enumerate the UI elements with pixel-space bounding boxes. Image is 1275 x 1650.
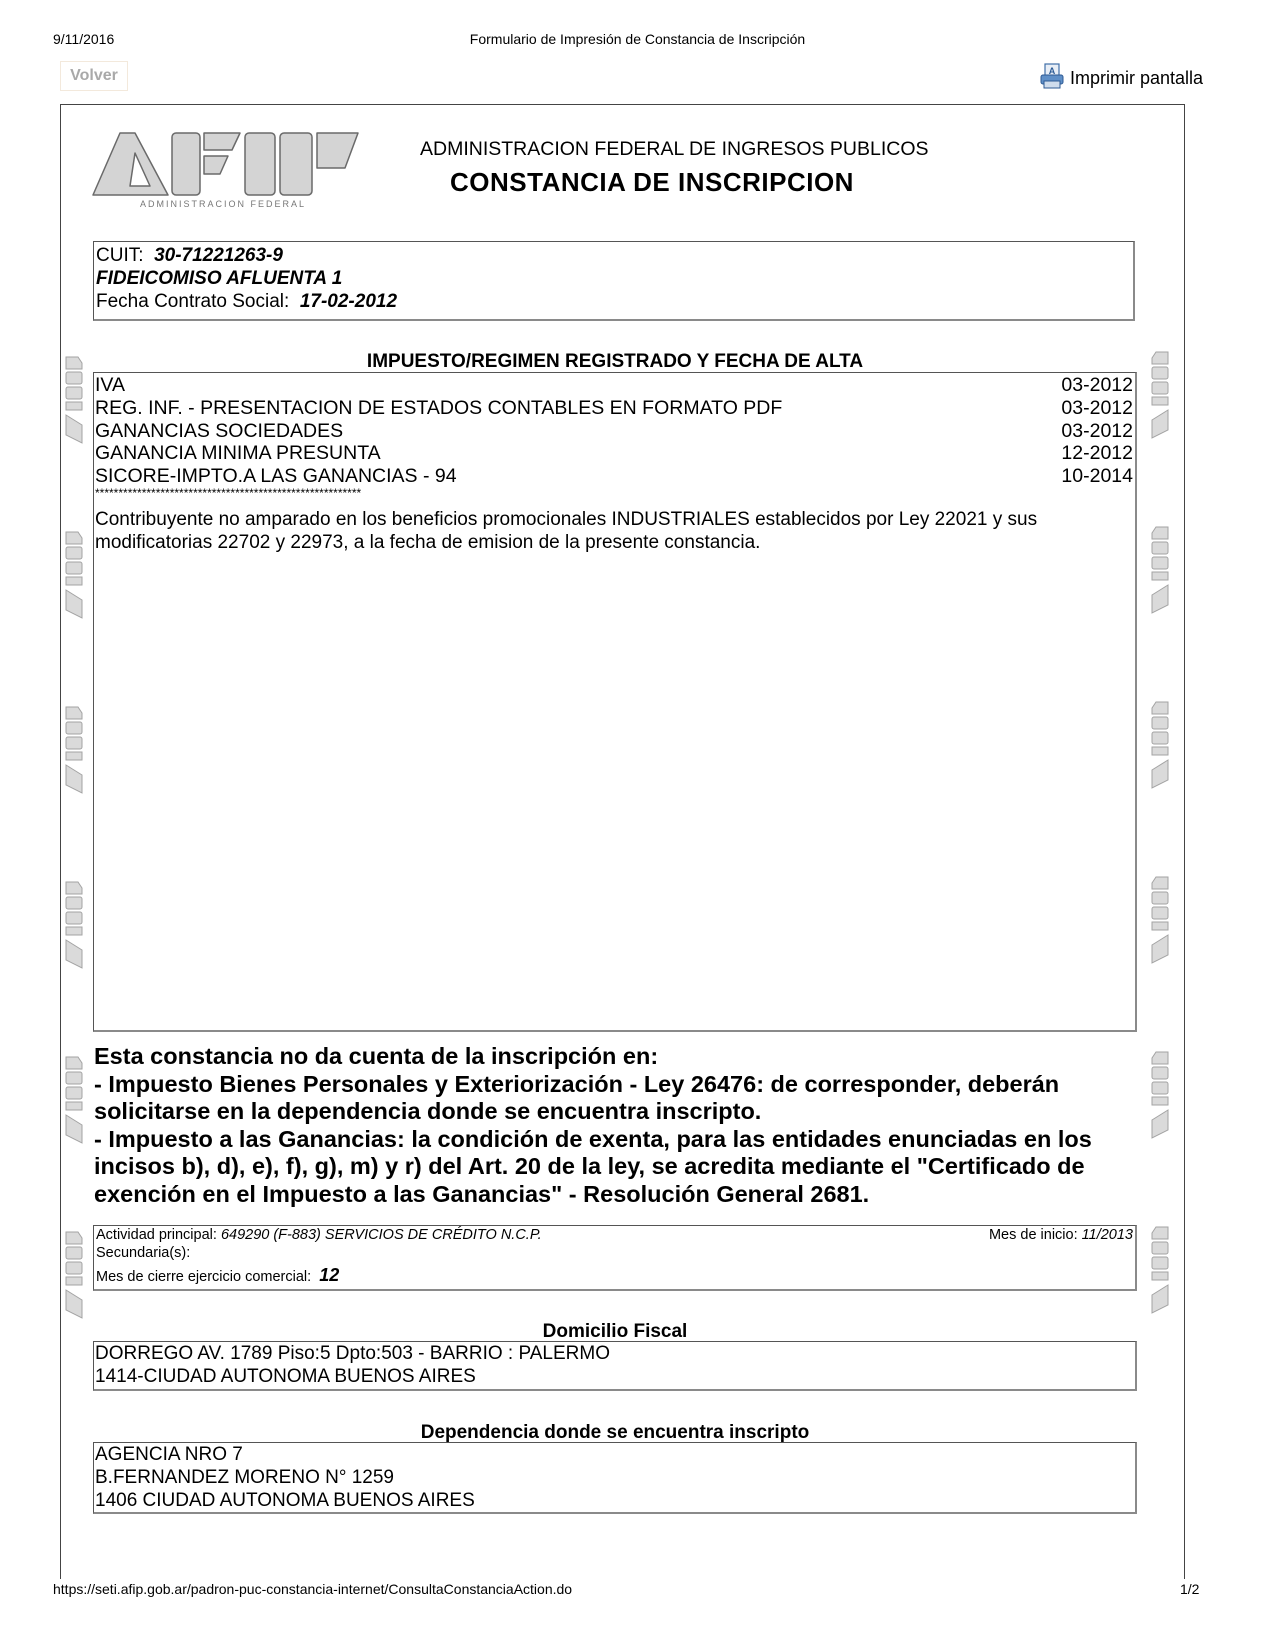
tax-date: 03-2012 [1061,420,1133,443]
closing-month-line: Mes de cierre ejercicio comercial: 12 [96,1266,1133,1286]
tax-name: REG. INF. - PRESENTACION DE ESTADOS CONT… [95,397,782,420]
secondary-activity-label: Secundaria(s): [96,1244,1133,1262]
page-number: 1/2 [1180,1581,1199,1597]
main-activity-line: Actividad principal: 649290 (F-883) SERV… [96,1226,1133,1244]
document-title: CONSTANCIA DE INSCRIPCION [450,167,854,198]
closing-month-label: Mes de cierre ejercicio comercial: [96,1269,311,1285]
dependency-box: AGENCIA NRO 7 B.FERNANDEZ MORENO N° 1259… [93,1442,1137,1514]
contract-date-value: 17-02-2012 [300,291,397,312]
afip-watermark-icon [62,1230,86,1320]
fiscal-address-box: DORREGO AV. 1789 Piso:5 Dpto:503 - BARRI… [93,1341,1137,1391]
logo-subtitle: ADMINISTRACION FEDERAL [140,199,306,209]
tax-name: SICORE-IMPTO.A LAS GANANCIAS - 94 [95,465,457,488]
dependency-title: Dependencia donde se encuentra inscripto [93,1422,1137,1444]
tax-date: 10-2014 [1061,465,1133,488]
start-month-label: Mes de inicio: [989,1227,1078,1243]
printer-icon: A [1040,63,1064,94]
main-activity-value: 649290 (F-883) SERVICIOS DE CRÉDITO N.C.… [221,1227,542,1243]
tax-name: GANANCIAS SOCIEDADES [95,420,343,443]
afip-watermark-icon [62,705,86,795]
afip-watermark-icon [62,880,86,970]
print-screen-label: Imprimir pantalla [1070,68,1203,89]
afip-watermark-icon [1148,350,1172,440]
cuit-label: CUIT: [96,245,144,266]
print-title: Formulario de Impresión de Constancia de… [0,31,1275,47]
contract-date-line: Fecha Contrato Social: 17-02-2012 [96,290,1131,313]
activity-box: Actividad principal: 649290 (F-883) SERV… [93,1225,1137,1291]
tax-row: REG. INF. - PRESENTACION DE ESTADOS CONT… [95,397,1135,420]
tax-row: GANANCIAS SOCIEDADES03-2012 [95,420,1135,443]
tax-date: 03-2012 [1061,397,1133,420]
dependency-line-3: 1406 CIUDAD AUTONOMA BUENOS AIRES [95,1489,1134,1512]
cuit-line: CUIT: 30-71221263-9 [96,244,1131,267]
notice-item-income-tax: - Impuesto a las Ganancias: la condición… [94,1126,1169,1209]
main-activity-label: Actividad principal: [96,1227,217,1243]
separator-line: ****************************************… [95,488,1135,498]
dependency-line-2: B.FERNANDEZ MORENO N° 1259 [95,1466,1134,1489]
taxpayer-box: CUIT: 30-71221263-9 FIDEICOMISO AFLUENTA… [93,241,1135,321]
start-month-value: 11/2013 [1082,1227,1133,1243]
tax-date: 12-2012 [1061,442,1133,465]
fiscal-address-line-1: DORREGO AV. 1789 Piso:5 Dpto:503 - BARRI… [95,1342,1134,1365]
back-button[interactable]: Volver [60,61,128,91]
agency-name: ADMINISTRACION FEDERAL DE INGRESOS PUBLI… [420,138,929,161]
afip-watermark-icon [62,530,86,620]
afip-watermark-icon [62,1055,86,1145]
notice-block: Esta constancia no da cuenta de la inscr… [94,1043,1169,1208]
contract-date-label: Fecha Contrato Social: [96,291,289,312]
print-screen-button[interactable]: A Imprimir pantalla [1040,63,1203,94]
cuit-value: 30-71221263-9 [154,245,283,266]
afip-watermark-icon [1148,525,1172,615]
tax-date: 03-2012 [1061,374,1133,397]
tax-row: SICORE-IMPTO.A LAS GANANCIAS - 9410-2014 [95,465,1135,488]
taxes-box: IVA03-2012REG. INF. - PRESENTACION DE ES… [93,372,1137,1032]
fiscal-address-line-2: 1414-CIUDAD AUTONOMA BUENOS AIRES [95,1365,1134,1388]
taxpayer-name: FIDEICOMISO AFLUENTA 1 [96,267,1131,290]
fiscal-address-title: Domicilio Fiscal [93,1321,1137,1343]
afip-watermark-icon [1148,700,1172,790]
tax-row: IVA03-2012 [95,374,1135,397]
taxes-title: IMPUESTO/REGIMEN REGISTRADO Y FECHA DE A… [93,351,1137,373]
afip-watermark-icon [1148,875,1172,965]
print-url: https://seti.afip.gob.ar/padron-puc-cons… [53,1581,572,1597]
notice-item-personal-assets: - Impuesto Bienes Personales y Exteriori… [94,1071,1169,1126]
afip-watermark-icon [62,355,86,445]
tax-name: IVA [95,374,125,397]
tax-name: GANANCIA MINIMA PRESUNTA [95,442,381,465]
promotion-note: Contribuyente no amparado en los benefic… [95,508,1135,554]
tax-list: IVA03-2012REG. INF. - PRESENTACION DE ES… [95,374,1135,488]
notice-heading: Esta constancia no da cuenta de la inscr… [94,1043,1169,1071]
closing-month-value: 12 [319,1265,339,1285]
tax-row: GANANCIA MINIMA PRESUNTA12-2012 [95,442,1135,465]
dependency-line-1: AGENCIA NRO 7 [95,1443,1134,1466]
afip-logo: ADMINISTRACION FEDERAL [90,128,365,218]
afip-watermark-icon [1148,1225,1172,1315]
